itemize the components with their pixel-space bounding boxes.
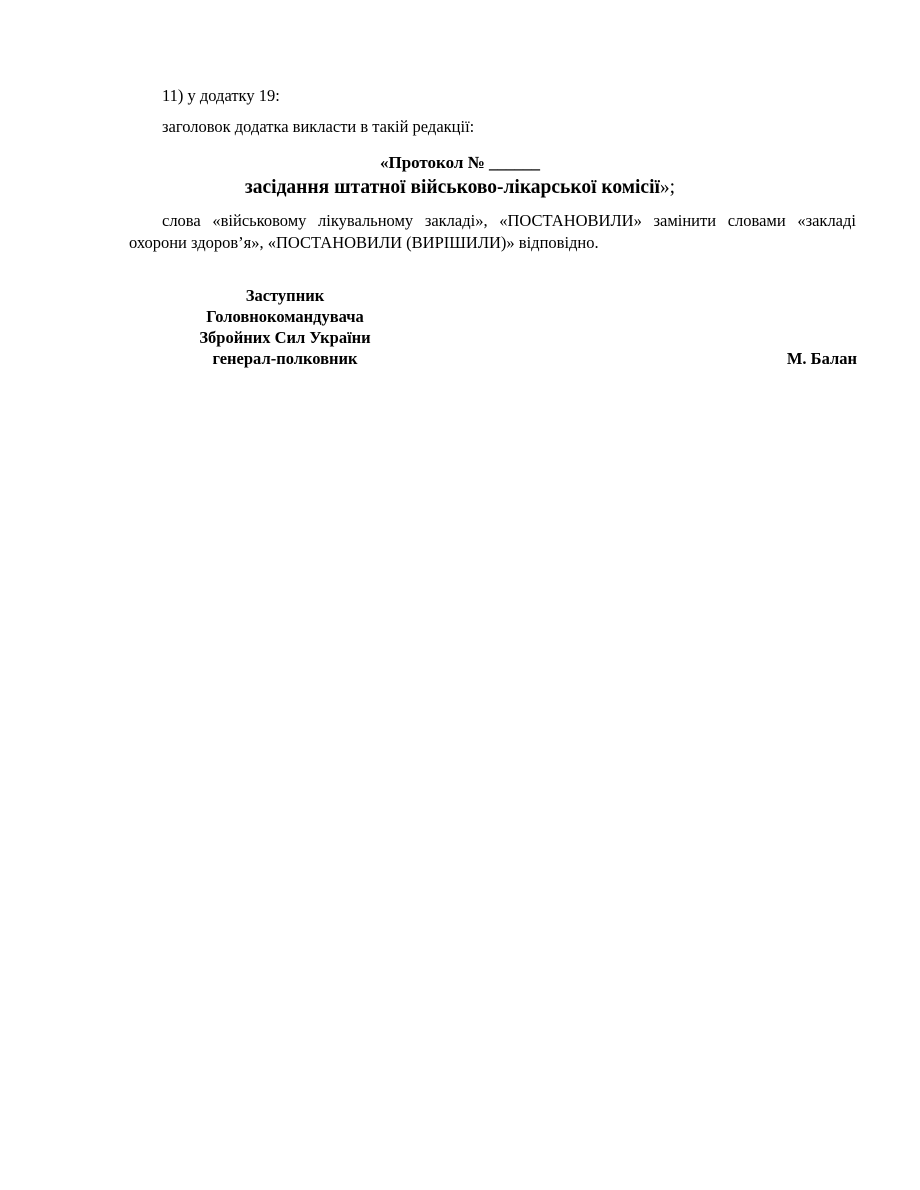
item-number-line: 11) у додатку 19:: [162, 86, 280, 106]
signature-position-line: генерал-полковник: [160, 348, 410, 369]
protocol-subtitle-line: засідання штатної військово-лікарської к…: [0, 176, 920, 200]
protocol-subtitle-tail: »;: [660, 177, 675, 198]
instruction-line: заголовок додатка викласти в такій редак…: [162, 117, 474, 137]
signature-position-line: Заступник: [160, 285, 410, 306]
protocol-subtitle-text: засідання штатної військово-лікарської к…: [245, 177, 660, 198]
signature-position-block: Заступник Головнокомандувача Збройних Си…: [160, 285, 410, 369]
replacement-paragraph: слова «військовому лікувальному закладі»…: [129, 210, 856, 254]
signatory-name: М. Балан: [787, 348, 857, 369]
protocol-title-line: «Протокол № ______: [0, 152, 920, 174]
signature-position-line: Головнокомандувача: [160, 306, 410, 327]
signature-position-line: Збройних Сил України: [160, 327, 410, 348]
